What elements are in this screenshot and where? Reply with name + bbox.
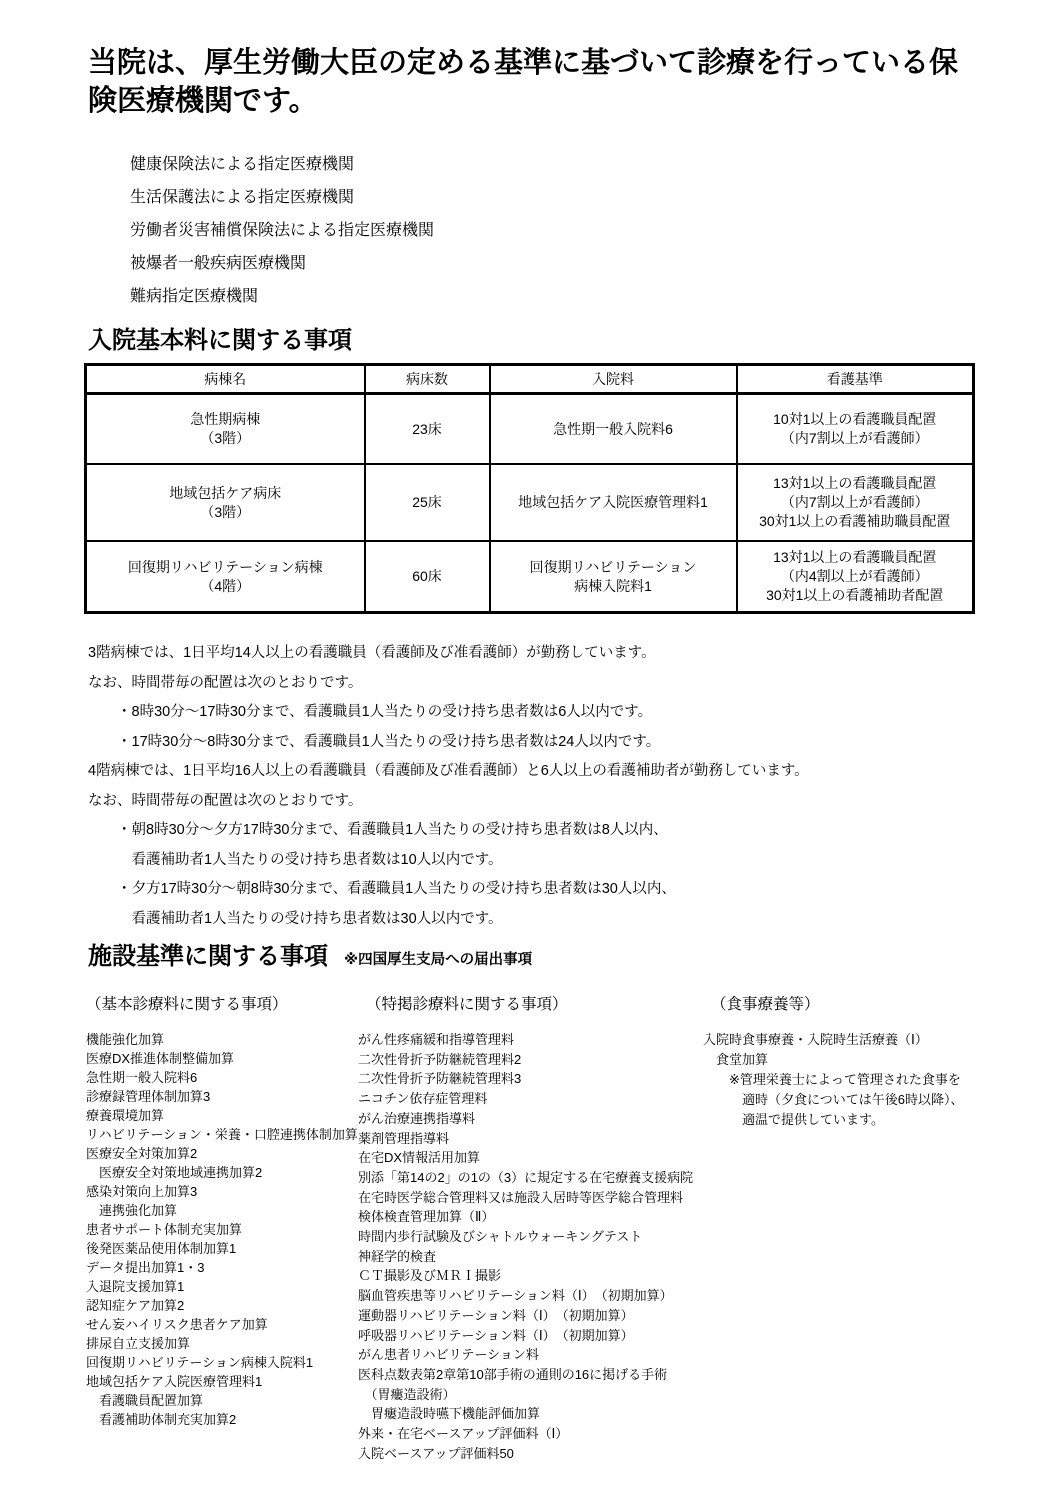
cell-nursing: 13対1以上の看護職員配置 （内4割以上が看護師） 30対1以上の看護補助者配置 — [737, 541, 974, 613]
facility-item-list: がん性疼痛緩和指導管理料二次性骨折予防継続管理料2二次性骨折予防継続管理料3ニコ… — [358, 1030, 693, 1463]
staffing-note-line: ・17時30分～8時30分まで、看護職員1人当たりの受け持ち患者数は24人以内で… — [88, 728, 809, 758]
cell-beds: 60床 — [365, 541, 490, 613]
table-row: 急性期病棟 （3階） 23床 急性期一般入院料6 10対1以上の看護職員配置 （… — [86, 394, 974, 465]
cell-fee: 地域包括ケア入院医療管理料1 — [490, 464, 737, 541]
list-item: 連携強化加算 — [86, 1201, 358, 1220]
list-item: 胃瘻造設時嚥下機能評価加算 — [358, 1404, 693, 1424]
list-item: ニコチン依存症管理料 — [358, 1089, 693, 1109]
cell-ward: 急性期病棟 （3階） — [86, 394, 365, 465]
list-item: 療養環境加算 — [86, 1106, 358, 1125]
list-item: 急性期一般入院料6 — [86, 1068, 358, 1087]
facility-section-heading: 施設基準に関する事項 — [88, 944, 328, 970]
list-item: 入院ベースアップ評価料50 — [358, 1444, 693, 1464]
column-header-nursing: 看護基準 — [737, 365, 974, 394]
staffing-note-line: なお、時間帯毎の配置は次のとおりです。 — [88, 787, 809, 817]
facility-column-special-fees: （特掲診療料に関する事項） がん性疼痛緩和指導管理料二次性骨折予防継続管理料2二… — [358, 996, 693, 1463]
list-item: 脳血管疾患等リハビリテーション料（Ⅰ） （初期加算） — [358, 1286, 693, 1306]
cell-fee: 急性期一般入院料6 — [490, 394, 737, 465]
staffing-note-line: ・夕方17時30分～朝8時30分まで、看護職員1人当たりの受け持ち患者数は30人… — [88, 875, 809, 905]
staffing-note-line: なお、時間帯毎の配置は次のとおりです。 — [88, 669, 809, 699]
list-item: 医療DX推進体制整備加算 — [86, 1049, 358, 1068]
list-item: 時間内歩行試験及びシャトルウォーキングテスト — [358, 1227, 693, 1247]
list-item: 回復期リハビリテーション病棟入院料1 — [86, 1353, 358, 1372]
list-item: 検体検査管理加算（Ⅱ） — [358, 1207, 693, 1227]
column-header: （特掲診療料に関する事項） — [358, 996, 693, 1014]
column-header-ward: 病棟名 — [86, 365, 365, 394]
list-item: 難病指定医療機関 — [130, 280, 434, 313]
table-row: 地域包括ケア病床 （3階） 25床 地域包括ケア入院医療管理料1 13対1以上の… — [86, 464, 974, 541]
column-header: （食事療養等） — [703, 996, 963, 1014]
list-item: 被爆者一般疾病医療機関 — [130, 247, 434, 280]
cell-ward: 回復期リハビリテーション病棟 （4階） — [86, 541, 365, 613]
list-item: データ提出加算1・3 — [86, 1258, 358, 1277]
list-item: 神経学的検査 — [358, 1247, 693, 1267]
facility-section-header: 施設基準に関する事項 ※四国厚生支局への届出事項 — [88, 944, 532, 970]
list-item: 別添「第14の2」の1の（3）に規定する在宅療養支援病院 — [358, 1168, 693, 1188]
list-item: 労働者災害補償保険法による指定医療機関 — [130, 214, 434, 247]
list-item: 診療録管理体制加算3 — [86, 1087, 358, 1106]
column-header-beds: 病床数 — [365, 365, 490, 394]
list-item: 医療安全対策加算2 — [86, 1144, 358, 1163]
facility-section-note: ※四国厚生支局への届出事項 — [344, 948, 532, 969]
list-item: 医療安全対策地域連携加算2 — [86, 1163, 358, 1182]
list-item: 看護補助体制充実加算2 — [86, 1410, 358, 1429]
facility-column-basic-fees: （基本診療料に関する事項） 機能強化加算医療DX推進体制整備加算急性期一般入院料… — [86, 996, 358, 1429]
cell-fee: 回復期リハビリテーション 病棟入院料1 — [490, 541, 737, 613]
column-header-fee: 入院料 — [490, 365, 737, 394]
list-item: がん治療連携指導料 — [358, 1109, 693, 1129]
staffing-note-line: ・8時30分～17時30分まで、看護職員1人当たりの受け持ち患者数は6人以内です… — [88, 698, 809, 728]
inpatient-table: 病棟名 病床数 入院料 看護基準 急性期病棟 （3階） 23床 急性期一般入院料… — [84, 363, 975, 614]
facility-item-list: 機能強化加算医療DX推進体制整備加算急性期一般入院料6診療録管理体制加算3療養環… — [86, 1030, 358, 1429]
list-item: 地域包括ケア入院医療管理料1 — [86, 1372, 358, 1391]
facility-column-meal-care: （食事療養等） 入院時食事療養・入院時生活療養（Ⅰ） 食堂加算 ※管理栄養士によ… — [703, 996, 963, 1130]
staffing-notes: 3階病棟では、1日平均14人以上の看護職員（看護師及び准看護師）が勤務しています… — [88, 639, 809, 934]
column-header: （基本診療料に関する事項） — [86, 996, 358, 1014]
list-item: がん性疼痛緩和指導管理料 — [358, 1030, 693, 1050]
table-header-row: 病棟名 病床数 入院料 看護基準 — [86, 365, 974, 394]
designation-list: 健康保険法による指定医療機関生活保護法による指定医療機関労働者災害補償保険法によ… — [130, 148, 434, 313]
list-item: 後発医薬品使用体制加算1 — [86, 1239, 358, 1258]
cell-beds: 25床 — [365, 464, 490, 541]
list-item: ※管理栄養士によって管理された食事を — [703, 1070, 963, 1090]
table-row: 回復期リハビリテーション病棟 （4階） 60床 回復期リハビリテーション 病棟入… — [86, 541, 974, 613]
list-item: 機能強化加算 — [86, 1030, 358, 1049]
cell-nursing: 13対1以上の看護職員配置 （内7割以上が看護師） 30対1以上の看護補助職員配… — [737, 464, 974, 541]
list-item: 呼吸器リハビリテーション料（Ⅰ） （初期加算） — [358, 1326, 693, 1346]
list-item: 薬剤管理指導料 — [358, 1129, 693, 1149]
list-item: 入退院支援加算1 — [86, 1277, 358, 1296]
staffing-note-line: 4階病棟では、1日平均16人以上の看護職員（看護師及び准看護師）と6人以上の看護… — [88, 757, 809, 787]
list-item: 二次性骨折予防継続管理料3 — [358, 1069, 693, 1089]
list-item: 入院時食事療養・入院時生活療養（Ⅰ） — [703, 1030, 963, 1050]
list-item: せん妄ハイリスク患者ケア加算 — [86, 1315, 358, 1334]
page-title: 当院は、厚生労働大臣の定める基準に基づいて診療を行っている保険医療機関です。 — [88, 44, 974, 120]
cell-nursing: 10対1以上の看護職員配置 （内7割以上が看護師） — [737, 394, 974, 465]
list-item: 認知症ケア加算2 — [86, 1296, 358, 1315]
list-item: 患者サポート体制充実加算 — [86, 1220, 358, 1239]
list-item: 食堂加算 — [703, 1050, 963, 1070]
inpatient-section-heading: 入院基本料に関する事項 — [88, 328, 352, 354]
staffing-note-line: 看護補助者1人当たりの受け持ち患者数は10人以内です。 — [88, 846, 809, 876]
list-item: 生活保護法による指定医療機関 — [130, 181, 434, 214]
staffing-note-line: 看護補助者1人当たりの受け持ち患者数は30人以内です。 — [88, 905, 809, 935]
list-item: リハビリテーション・栄養・口腔連携体制加算 — [86, 1125, 358, 1144]
list-item: 適温で提供しています。 — [703, 1110, 963, 1130]
list-item: 感染対策向上加算3 — [86, 1182, 358, 1201]
list-item: 看護職員配置加算 — [86, 1391, 358, 1410]
staffing-note-line: 3階病棟では、1日平均14人以上の看護職員（看護師及び准看護師）が勤務しています… — [88, 639, 809, 669]
cell-ward: 地域包括ケア病床 （3階） — [86, 464, 365, 541]
staffing-note-line: ・朝8時30分～夕方17時30分まで、看護職員1人当たりの受け持ち患者数は8人以… — [88, 816, 809, 846]
list-item: 適時（夕食については午後6時以降）、 — [703, 1090, 963, 1110]
facility-item-list: 入院時食事療養・入院時生活療養（Ⅰ） 食堂加算 ※管理栄養士によって管理された食… — [703, 1030, 963, 1130]
list-item: 運動器リハビリテーション料（Ⅰ） （初期加算） — [358, 1306, 693, 1326]
list-item: 二次性骨折予防継続管理料2 — [358, 1050, 693, 1070]
page: 当院は、厚生労働大臣の定める基準に基づいて診療を行っている保険医療機関です。 健… — [0, 0, 1058, 1496]
list-item: （胃瘻造設術） — [358, 1385, 693, 1405]
list-item: 在宅時医学総合管理料又は施設入居時等医学総合管理料 — [358, 1188, 693, 1208]
list-item: 健康保険法による指定医療機関 — [130, 148, 434, 181]
list-item: 外来・在宅ベースアップ評価料（Ⅰ） — [358, 1424, 693, 1444]
list-item: ＣＴ撮影及びＭＲＩ撮影 — [358, 1266, 693, 1286]
cell-beds: 23床 — [365, 394, 490, 465]
list-item: がん患者リハビリテーション料 — [358, 1345, 693, 1365]
list-item: 在宅DX情報活用加算 — [358, 1148, 693, 1168]
list-item: 排尿自立支援加算 — [86, 1334, 358, 1353]
list-item: 医科点数表第2章第10部手術の通則の16に掲げる手術 — [358, 1365, 693, 1385]
